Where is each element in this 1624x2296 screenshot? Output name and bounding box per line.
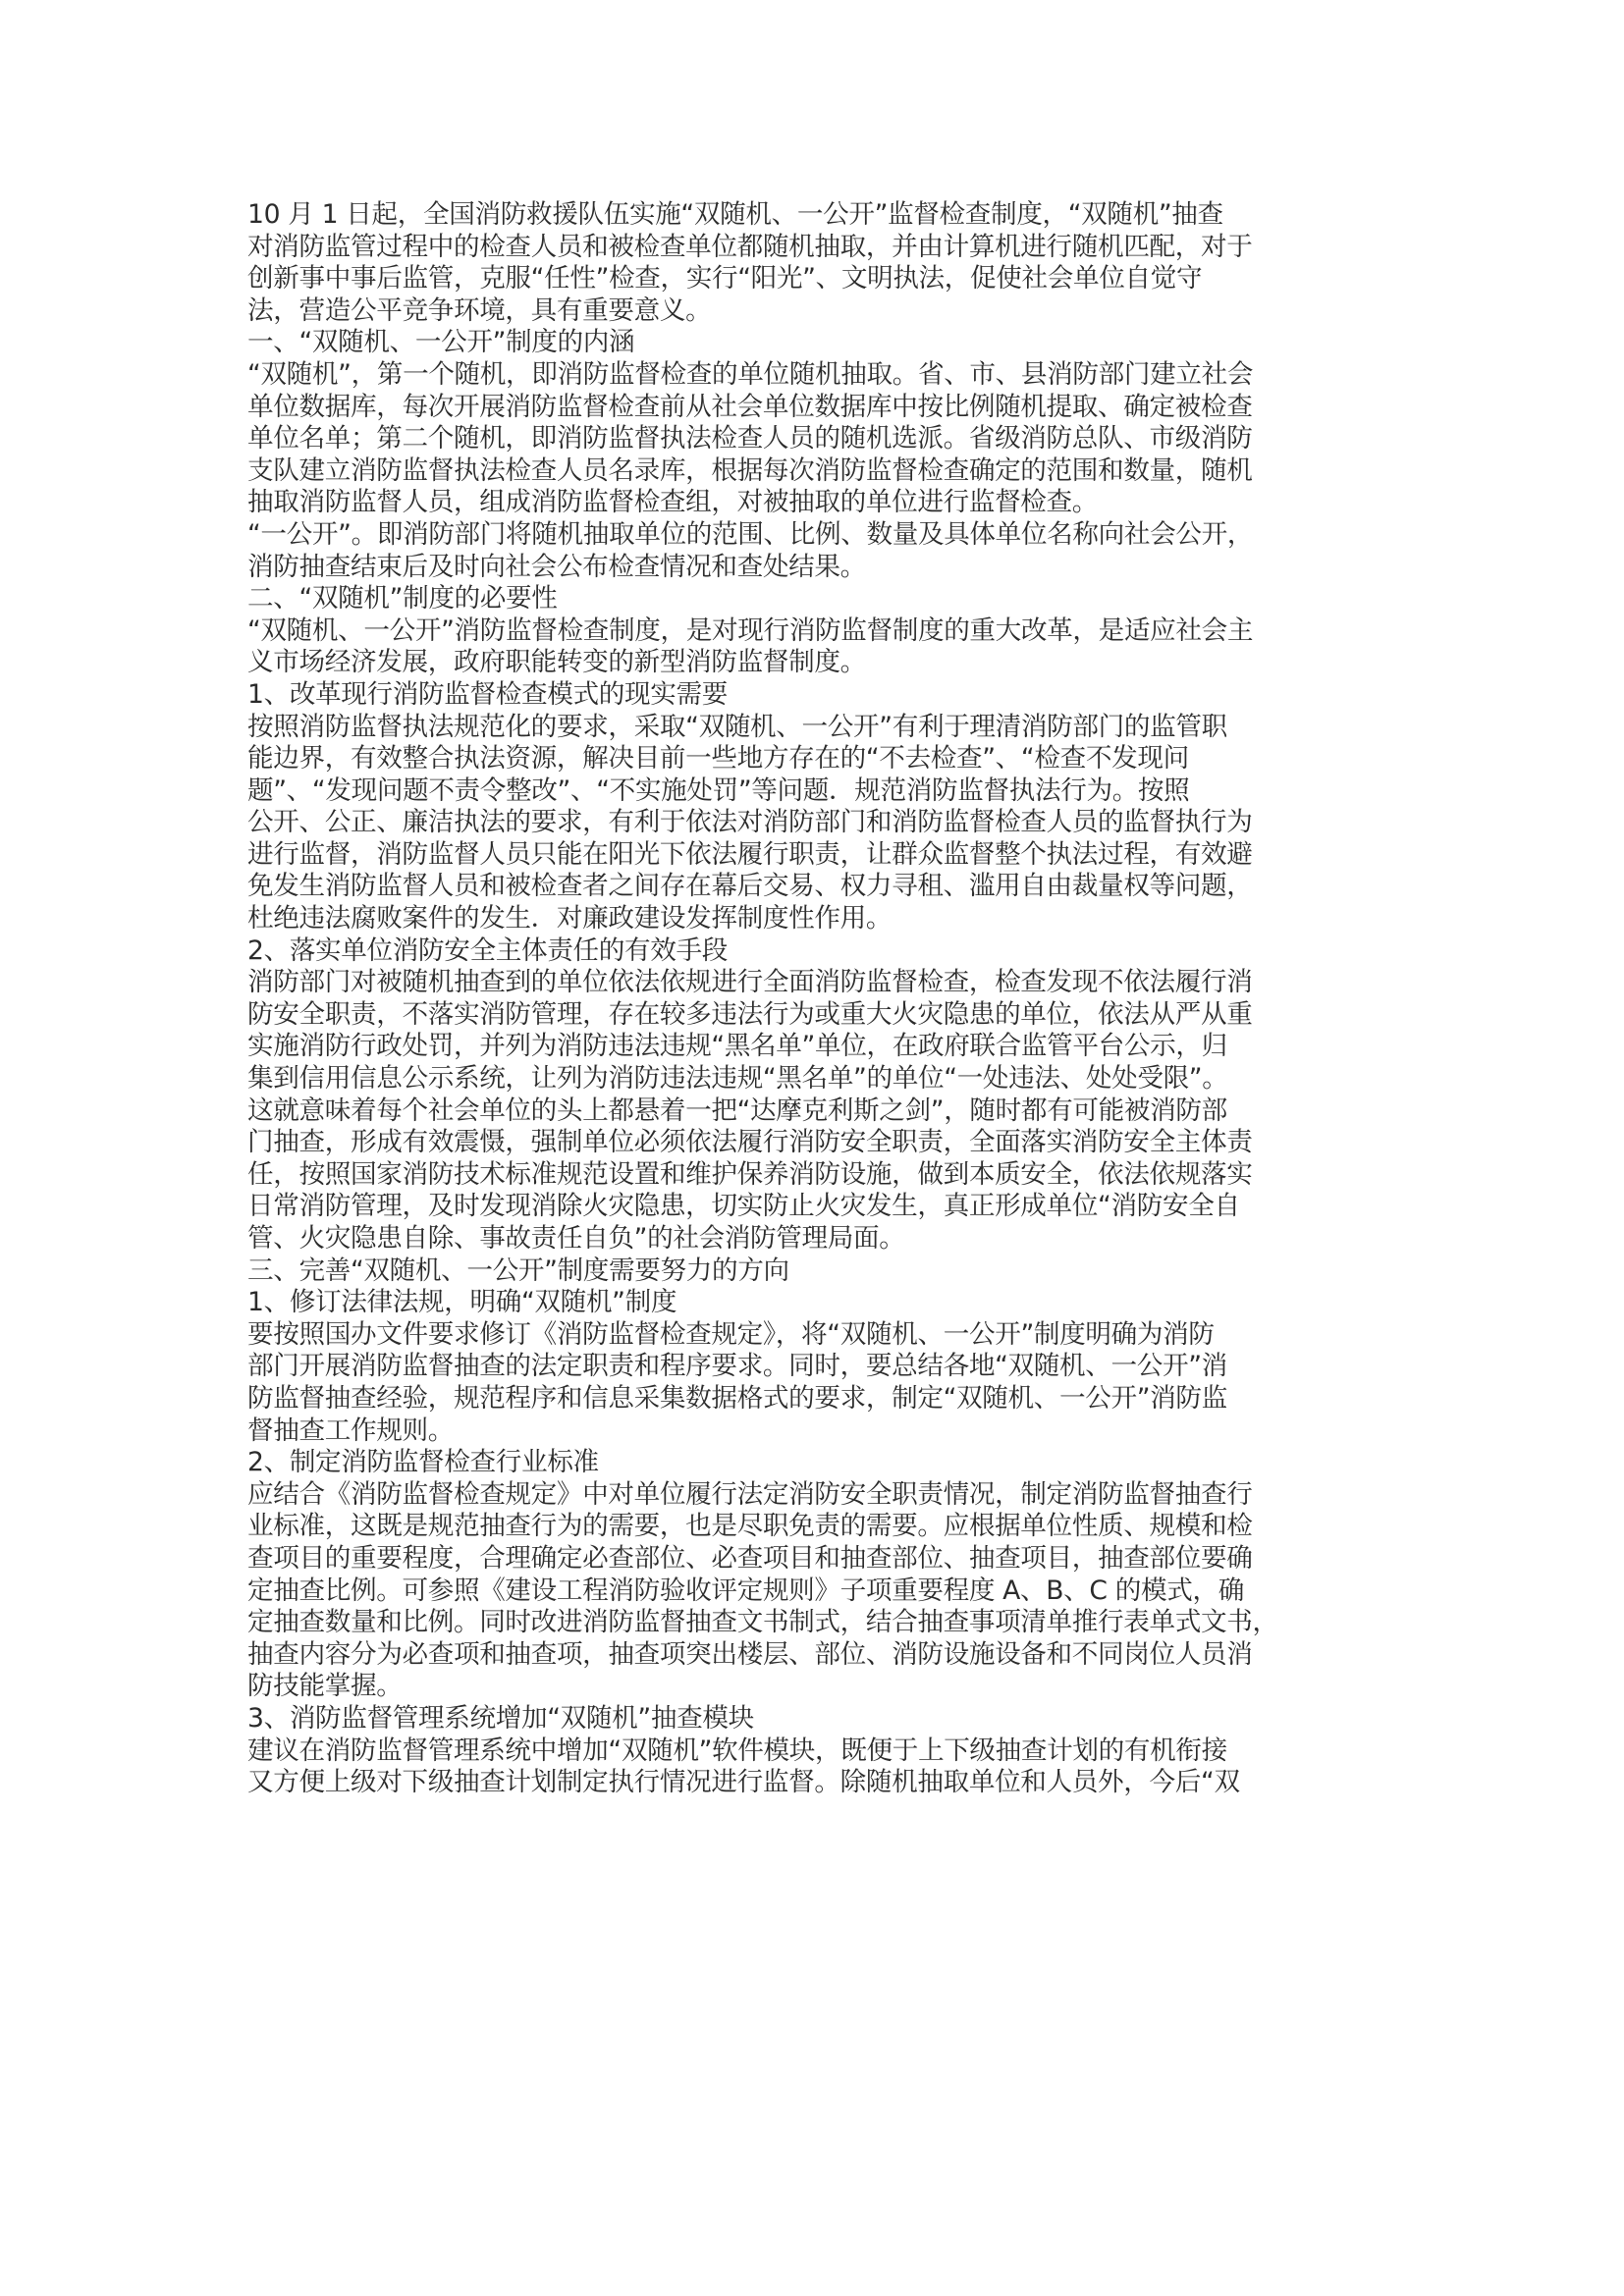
paragraph-line: 实施消防行政处罚，并列为消防违法违规“黑名单”单位，在政府联合监管平台公示，归 (247, 1031, 1379, 1063)
subsection-heading: 2、制定消防监督检查行业标准 (247, 1447, 1379, 1479)
paragraph-line: 防技能掌握。 (247, 1671, 1379, 1703)
paragraph-line: 单位数据库，每次开展消防监督检查前从社会单位数据库中按比例随机提取、确定被检查 (247, 392, 1379, 424)
paragraph-line: 管、火灾隐患自除、事故责任自负”的社会消防管理局面。 (247, 1223, 1379, 1255)
paragraph-line: 防安全职责，不落实消防管理，存在较多违法行为或重大火灾隐患的单位，依法从严从重 (247, 999, 1379, 1032)
paragraph-line: 杜绝违法腐败案件的发生．对廉政建设发挥制度性作用。 (247, 903, 1379, 935)
paragraph-line: 单位名单；第二个随机，即消防监督执法检查人员的随机选派。省级消防总队、市级消防 (247, 423, 1379, 455)
document-page: 10 月 1 日起，全国消防救援队伍实施“双随机、一公开”监督检查制度，“双随机… (247, 199, 1379, 1799)
paragraph-line: 部门开展消防监督抽查的法定职责和程序要求。同时，要总结各地“双随机、一公开”消 (247, 1351, 1379, 1383)
subsection-heading: 3、消防监督管理系统增加“双随机”抽查模块 (247, 1703, 1379, 1735)
paragraph-line: 查项目的重要程度，合理确定必查部位、必查项目和抽查部位、抽查项目，抽查部位要确 (247, 1543, 1379, 1575)
paragraph-line: 按照消防监督执法规范化的要求，采取“双随机、一公开”有利于理清消防部门的监管职 (247, 712, 1379, 744)
paragraph-line: 建议在消防监督管理系统中增加“双随机”软件模块，既便于上下级抽查计划的有机衔接 (247, 1735, 1379, 1768)
paragraph-line: 定抽查数量和比例。同时改进消防监督抽查文书制式，结合抽查事项清单推行表单式文书， (247, 1607, 1379, 1639)
paragraph-line: 门抽查，形成有效震慑，强制单位必须依法履行消防安全职责，全面落实消防安全主体责 (247, 1127, 1379, 1159)
section-heading-2: 二、“双随机”制度的必要性 (247, 583, 1379, 615)
paragraph-line: 日常消防管理，及时发现消除火灾隐患，切实防止火灾发生，真正形成单位“消防安全自 (247, 1191, 1379, 1223)
paragraph-line: 又方便上级对下级抽查计划制定执行情况进行监督。除随机抽取单位和人员外，今后“双 (247, 1767, 1379, 1799)
paragraph-line: “一公开”。即消防部门将随机抽取单位的范围、比例、数量及具体单位名称向社会公开， (247, 519, 1379, 552)
paragraph-line: 防监督抽查经验，规范程序和信息采集数据格式的要求，制定“双随机、一公开”消防监 (247, 1383, 1379, 1415)
paragraph-line: 抽查内容分为必查项和抽查项，抽查项突出楼层、部位、消防设施设备和不同岗位人员消 (247, 1639, 1379, 1672)
paragraph-line: 定抽查比例。可参照《建设工程消防验收评定规则》子项重要程度 A、B、C 的模式，… (247, 1575, 1379, 1608)
paragraph-line: “双随机、一公开”消防监督检查制度，是对现行消防监督制度的重大改革，是适应社会主 (247, 615, 1379, 648)
paragraph-line: 要按照国办文件要求修订《消防监督检查规定》，将“双随机、一公开”制度明确为消防 (247, 1319, 1379, 1352)
subsection-heading: 1、修订法律法规，明确“双随机”制度 (247, 1287, 1379, 1319)
paragraph-line: 支队建立消防监督执法检查人员名录库，根据每次消防监督检查确定的范围和数量，随机 (247, 455, 1379, 488)
paragraph-line: 任，按照国家消防技术标准规范设置和维护保养消防设施，做到本质安全，依法依规落实 (247, 1159, 1379, 1192)
paragraph-intro-line: 对消防监管过程中的检查人员和被检查单位都随机抽取，并由计算机进行随机匹配，对于 (247, 232, 1379, 264)
subsection-heading: 1、改革现行消防监督检查模式的现实需要 (247, 679, 1379, 712)
subsection-heading: 2、落实单位消防安全主体责任的有效手段 (247, 935, 1379, 968)
paragraph-line: 业标准，这既是规范抽查行为的需要，也是尽职免责的需要。应根据单位性质、规模和检 (247, 1511, 1379, 1543)
paragraph-line: 督抽查工作规则。 (247, 1415, 1379, 1448)
paragraph-line: 这就意味着每个社会单位的头上都悬着一把“达摩克利斯之剑”，随时都有可能被消防部 (247, 1095, 1379, 1128)
paragraph-intro-line: 创新事中事后监管，克服“任性”检查，实行“阳光”、文明执法，促使社会单位自觉守 (247, 263, 1379, 295)
section-heading-1: 一、“双随机、一公开”制度的内涵 (247, 327, 1379, 359)
paragraph-line: 消防部门对被随机抽查到的单位依法依规进行全面消防监督检查，检查发现不依法履行消 (247, 967, 1379, 999)
paragraph-line: 义市场经济发展，政府职能转变的新型消防监督制度。 (247, 647, 1379, 679)
paragraph-intro-line: 10 月 1 日起，全国消防救援队伍实施“双随机、一公开”监督检查制度，“双随机… (247, 199, 1379, 232)
section-heading-3: 三、完善“双随机、一公开”制度需要努力的方向 (247, 1255, 1379, 1288)
paragraph-line: 消防抽查结束后及时向社会公布检查情况和查处结果。 (247, 552, 1379, 584)
paragraph-line: 应结合《消防监督检查规定》中对单位履行法定消防安全职责情况，制定消防监督抽查行 (247, 1479, 1379, 1512)
paragraph-line: 题”、“发现问题不责令整改”、“不实施处罚”等问题．规范消防监督执法行为。按照 (247, 775, 1379, 808)
paragraph-line: “双随机”，第一个随机，即消防监督检查的单位随机抽取。省、市、县消防部门建立社会 (247, 359, 1379, 392)
paragraph-intro-line: 法，营造公平竞争环境，具有重要意义。 (247, 295, 1379, 328)
paragraph-line: 抽取消防监督人员，组成消防监督检查组，对被抽取的单位进行监督检查。 (247, 487, 1379, 519)
paragraph-line: 进行监督，消防监督人员只能在阳光下依法履行职责，让群众监督整个执法过程，有效避 (247, 839, 1379, 872)
paragraph-line: 公开、公正、廉洁执法的要求，有利于依法对消防部门和消防监督检查人员的监督执行为 (247, 807, 1379, 839)
paragraph-line: 集到信用信息公示系统，让列为消防违法违规“黑名单”的单位“一处违法、处处受限”。 (247, 1063, 1379, 1095)
paragraph-line: 能边界，有效整合执法资源，解决目前一些地方存在的“不去检查”、“检查不发现问 (247, 743, 1379, 775)
paragraph-line: 免发生消防监督人员和被检查者之间存在幕后交易、权力寻租、滥用自由裁量权等问题， (247, 871, 1379, 903)
